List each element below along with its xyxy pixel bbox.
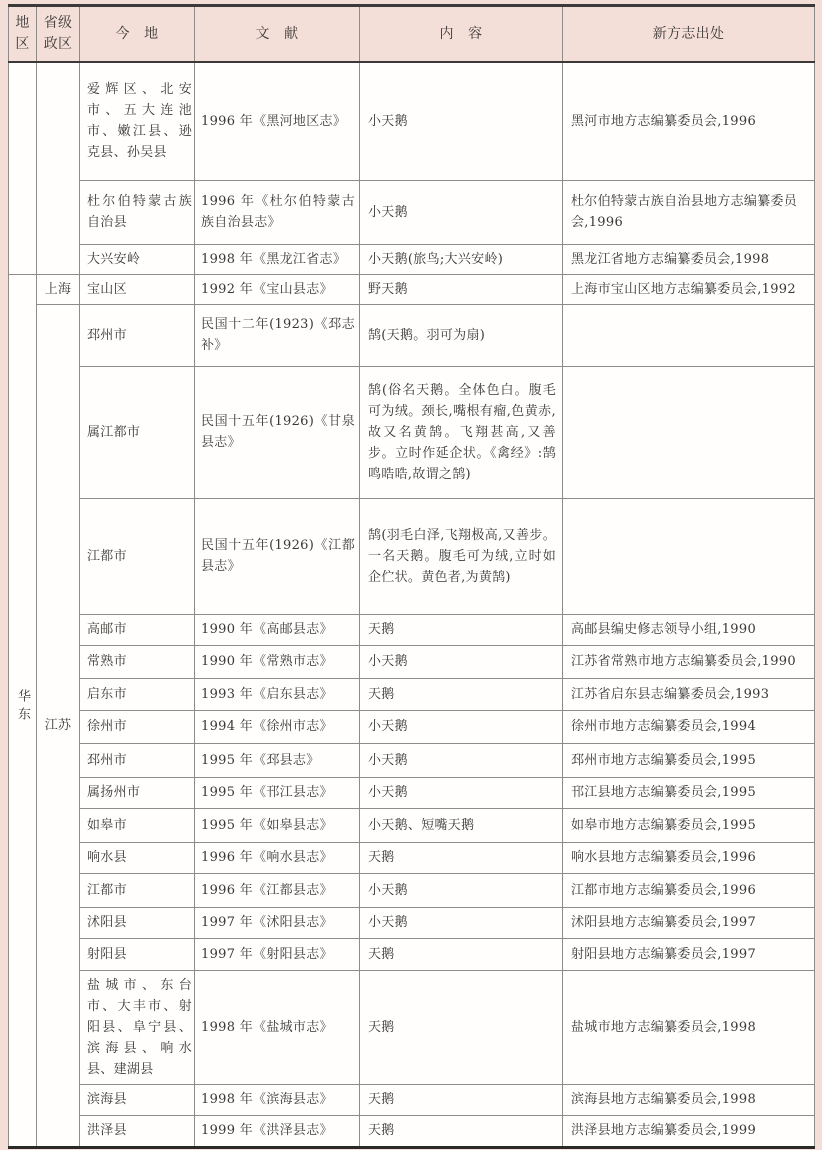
cell-content: 天鹅 (360, 614, 563, 645)
cell-content: 天鹅 (360, 1084, 563, 1115)
cell-content: 天鹅 (360, 938, 563, 970)
scanned-page: 地区 省级政区 今 地 文 献 内 容 新方志出处 爱辉区、北安市、五大连池市、… (0, 0, 822, 1149)
table-row: 盐城市、东台市、大丰市、射阳县、阜宁县、滨海县、响水县、建湖县 1998 年《盐… (9, 970, 815, 1084)
cell-today: 启东市 (80, 678, 195, 710)
table-row: 常熟市 1990 年《常熟市志》 小天鹅 江苏省常熟市地方志编纂委员会,1990 (9, 645, 815, 678)
cell-source: 1998 年《盐城市志》 (195, 970, 360, 1084)
cell-source: 1998 年《黑龙江省志》 (195, 244, 360, 274)
cell-source: 1993 年《启东县志》 (195, 678, 360, 710)
cell-today: 属扬州市 (80, 777, 195, 808)
header-source: 文 献 (195, 6, 360, 63)
cell-publisher: 杜尔伯特蒙古族自治县地方志编纂委员会,1996 (563, 180, 815, 244)
cell-content: 天鹅 (360, 1115, 563, 1147)
cell-source: 1995 年《如皋县志》 (195, 808, 360, 842)
cell-publisher: 黑龙江省地方志编纂委员会,1998 (563, 244, 815, 274)
cell-content: 小天鹅 (360, 907, 563, 938)
table-row: 杜尔伯特蒙古族自治县 1996 年《杜尔伯特蒙古族自治县志》 小天鹅 杜尔伯特蒙… (9, 180, 815, 244)
cell-today: 高邮市 (80, 614, 195, 645)
cell-publisher: 江都市地方志编纂委员会,1996 (563, 873, 815, 907)
cell-content: 小天鹅 (360, 710, 563, 743)
cell-today: 射阳县 (80, 938, 195, 970)
cell-publisher: 如皋市地方志编纂委员会,1995 (563, 808, 815, 842)
cell-publisher: 高邮县编史修志领导小组,1990 (563, 614, 815, 645)
cell-today: 徐州市 (80, 710, 195, 743)
cell-publisher: 江苏省启东县志编纂委员会,1993 (563, 678, 815, 710)
cell-source: 1998 年《滨海县志》 (195, 1084, 360, 1115)
header-region: 地区 (9, 6, 37, 63)
cell-today: 邳州市 (80, 304, 195, 366)
header-content: 内 容 (360, 6, 563, 63)
cell-publisher: 邗江县地方志编纂委员会,1995 (563, 777, 815, 808)
table-row: 爱辉区、北安市、五大连池市、嫩江县、逊克县、孙吴县 1996 年《黑河地区志》 … (9, 62, 815, 180)
table-row: 江都市 1996 年《江都县志》 小天鹅 江都市地方志编纂委员会,1996 (9, 873, 815, 907)
cell-today: 沭阳县 (80, 907, 195, 938)
table-row: 洪泽县 1999 年《洪泽县志》 天鹅 洪泽县地方志编纂委员会,1999 (9, 1115, 815, 1147)
cell-source: 1999 年《洪泽县志》 (195, 1115, 360, 1147)
cell-content: 鹄(天鹅。羽可为扇) (360, 304, 563, 366)
cell-source: 1996 年《杜尔伯特蒙古族自治县志》 (195, 180, 360, 244)
cell-today: 江都市 (80, 498, 195, 614)
cell-content: 天鹅 (360, 842, 563, 873)
cell-today: 响水县 (80, 842, 195, 873)
cell-source: 1996 年《江都县志》 (195, 873, 360, 907)
cell-source: 1996 年《响水县志》 (195, 842, 360, 873)
cell-source: 1995 年《邗江县志》 (195, 777, 360, 808)
cell-publisher (563, 304, 815, 366)
cell-publisher: 沭阳县地方志编纂委员会,1997 (563, 907, 815, 938)
cell-today: 常熟市 (80, 645, 195, 678)
cell-publisher: 滨海县地方志编纂委员会,1998 (563, 1084, 815, 1115)
cell-content: 小天鹅 (360, 777, 563, 808)
cell-today: 盐城市、东台市、大丰市、射阳县、阜宁县、滨海县、响水县、建湖县 (80, 970, 195, 1084)
table-row: 启东市 1993 年《启东县志》 天鹅 江苏省启东县志编纂委员会,1993 (9, 678, 815, 710)
cell-source: 1990 年《高邮县志》 (195, 614, 360, 645)
table-row: 徐州市 1994 年《徐州市志》 小天鹅 徐州市地方志编纂委员会,1994 (9, 710, 815, 743)
table-row: 射阳县 1997 年《射阳县志》 天鹅 射阳县地方志编纂委员会,1997 (9, 938, 815, 970)
cell-source: 1997 年《沭阳县志》 (195, 907, 360, 938)
table-row: 滨海县 1998 年《滨海县志》 天鹅 滨海县地方志编纂委员会,1998 (9, 1084, 815, 1115)
cell-source: 民国十五年(1926)《江都县志》 (195, 498, 360, 614)
cell-source: 1997 年《射阳县志》 (195, 938, 360, 970)
cell-source: 1992 年《宝山县志》 (195, 274, 360, 304)
table-row: 华东 上海 宝山区 1992 年《宝山县志》 野天鹅 上海市宝山区地方志编纂委员… (9, 274, 815, 304)
cell-source: 民国十二年(1923)《邳志补》 (195, 304, 360, 366)
table-row: 沭阳县 1997 年《沭阳县志》 小天鹅 沭阳县地方志编纂委员会,1997 (9, 907, 815, 938)
cell-today: 杜尔伯特蒙古族自治县 (80, 180, 195, 244)
cell-publisher (563, 498, 815, 614)
table-row: 高邮市 1990 年《高邮县志》 天鹅 高邮县编史修志领导小组,1990 (9, 614, 815, 645)
table-row: 江都市 民国十五年(1926)《江都县志》 鹄(羽毛白泽,飞翔极高,又善步。一名… (9, 498, 815, 614)
table-row: 响水县 1996 年《响水县志》 天鹅 响水县地方志编纂委员会,1996 (9, 842, 815, 873)
cell-publisher: 洪泽县地方志编纂委员会,1999 (563, 1115, 815, 1147)
cell-publisher: 黑河市地方志编纂委员会,1996 (563, 62, 815, 180)
gazetteer-swan-table: 地区 省级政区 今 地 文 献 内 容 新方志出处 爱辉区、北安市、五大连池市、… (8, 4, 815, 1149)
cell-content: 野天鹅 (360, 274, 563, 304)
cell-today: 如皋市 (80, 808, 195, 842)
header-province: 省级政区 (37, 6, 80, 63)
table-header: 地区 省级政区 今 地 文 献 内 容 新方志出处 (9, 6, 815, 63)
cell-content: 天鹅 (360, 678, 563, 710)
cell-today: 爱辉区、北安市、五大连池市、嫩江县、逊克县、孙吴县 (80, 62, 195, 180)
table-row: 江苏 邳州市 民国十二年(1923)《邳志补》 鹄(天鹅。羽可为扇) (9, 304, 815, 366)
cell-today: 洪泽县 (80, 1115, 195, 1147)
cell-publisher: 盐城市地方志编纂委员会,1998 (563, 970, 815, 1084)
cell-content: 小天鹅 (360, 873, 563, 907)
cell-publisher (563, 366, 815, 498)
cell-content: 小天鹅 (360, 645, 563, 678)
cell-today: 邳州市 (80, 743, 195, 777)
cell-content: 小天鹅、短嘴天鹅 (360, 808, 563, 842)
cell-content: 天鹅 (360, 970, 563, 1084)
region-cell-east-china: 华东 (9, 274, 37, 1147)
cell-publisher: 射阳县地方志编纂委员会,1997 (563, 938, 815, 970)
table-row: 属江都市 民国十五年(1926)《甘泉县志》 鹄(俗名天鹅。全体色白。腹毛可为绒… (9, 366, 815, 498)
region-cell-blank (9, 62, 37, 274)
cell-content: 小天鹅(旅鸟;大兴安岭) (360, 244, 563, 274)
cell-source: 1994 年《徐州市志》 (195, 710, 360, 743)
cell-content: 鹄(羽毛白泽,飞翔极高,又善步。一名天鹅。腹毛可为绒,立时如企伫状。黄色者,为黄… (360, 498, 563, 614)
table-row: 属扬州市 1995 年《邗江县志》 小天鹅 邗江县地方志编纂委员会,1995 (9, 777, 815, 808)
cell-today: 宝山区 (80, 274, 195, 304)
cell-publisher: 江苏省常熟市地方志编纂委员会,1990 (563, 645, 815, 678)
region-label: 华东 (12, 689, 33, 725)
cell-content: 小天鹅 (360, 62, 563, 180)
province-cell-blank (37, 62, 80, 274)
cell-publisher: 响水县地方志编纂委员会,1996 (563, 842, 815, 873)
table-row: 邳州市 1995 年《邳县志》 小天鹅 邳州市地方志编纂委员会,1995 (9, 743, 815, 777)
cell-source: 1990 年《常熟市志》 (195, 645, 360, 678)
cell-publisher: 徐州市地方志编纂委员会,1994 (563, 710, 815, 743)
province-cell-shanghai: 上海 (37, 274, 80, 304)
table-row: 大兴安岭 1998 年《黑龙江省志》 小天鹅(旅鸟;大兴安岭) 黑龙江省地方志编… (9, 244, 815, 274)
cell-today: 大兴安岭 (80, 244, 195, 274)
cell-today: 滨海县 (80, 1084, 195, 1115)
cell-source: 民国十五年(1926)《甘泉县志》 (195, 366, 360, 498)
cell-publisher: 邳州市地方志编纂委员会,1995 (563, 743, 815, 777)
cell-content: 小天鹅 (360, 743, 563, 777)
cell-today: 属江都市 (80, 366, 195, 498)
province-cell-jiangsu: 江苏 (37, 304, 80, 1147)
cell-source: 1995 年《邳县志》 (195, 743, 360, 777)
cell-today: 江都市 (80, 873, 195, 907)
cell-content: 小天鹅 (360, 180, 563, 244)
cell-publisher: 上海市宝山区地方志编纂委员会,1992 (563, 274, 815, 304)
cell-content: 鹄(俗名天鹅。全体色白。腹毛可为绒。颈长,嘴根有瘤,色黄赤,故又名黄鹄。飞翔甚高… (360, 366, 563, 498)
cell-source: 1996 年《黑河地区志》 (195, 62, 360, 180)
header-today: 今 地 (80, 6, 195, 63)
header-publisher: 新方志出处 (563, 6, 815, 63)
table-row: 如皋市 1995 年《如皋县志》 小天鹅、短嘴天鹅 如皋市地方志编纂委员会,19… (9, 808, 815, 842)
